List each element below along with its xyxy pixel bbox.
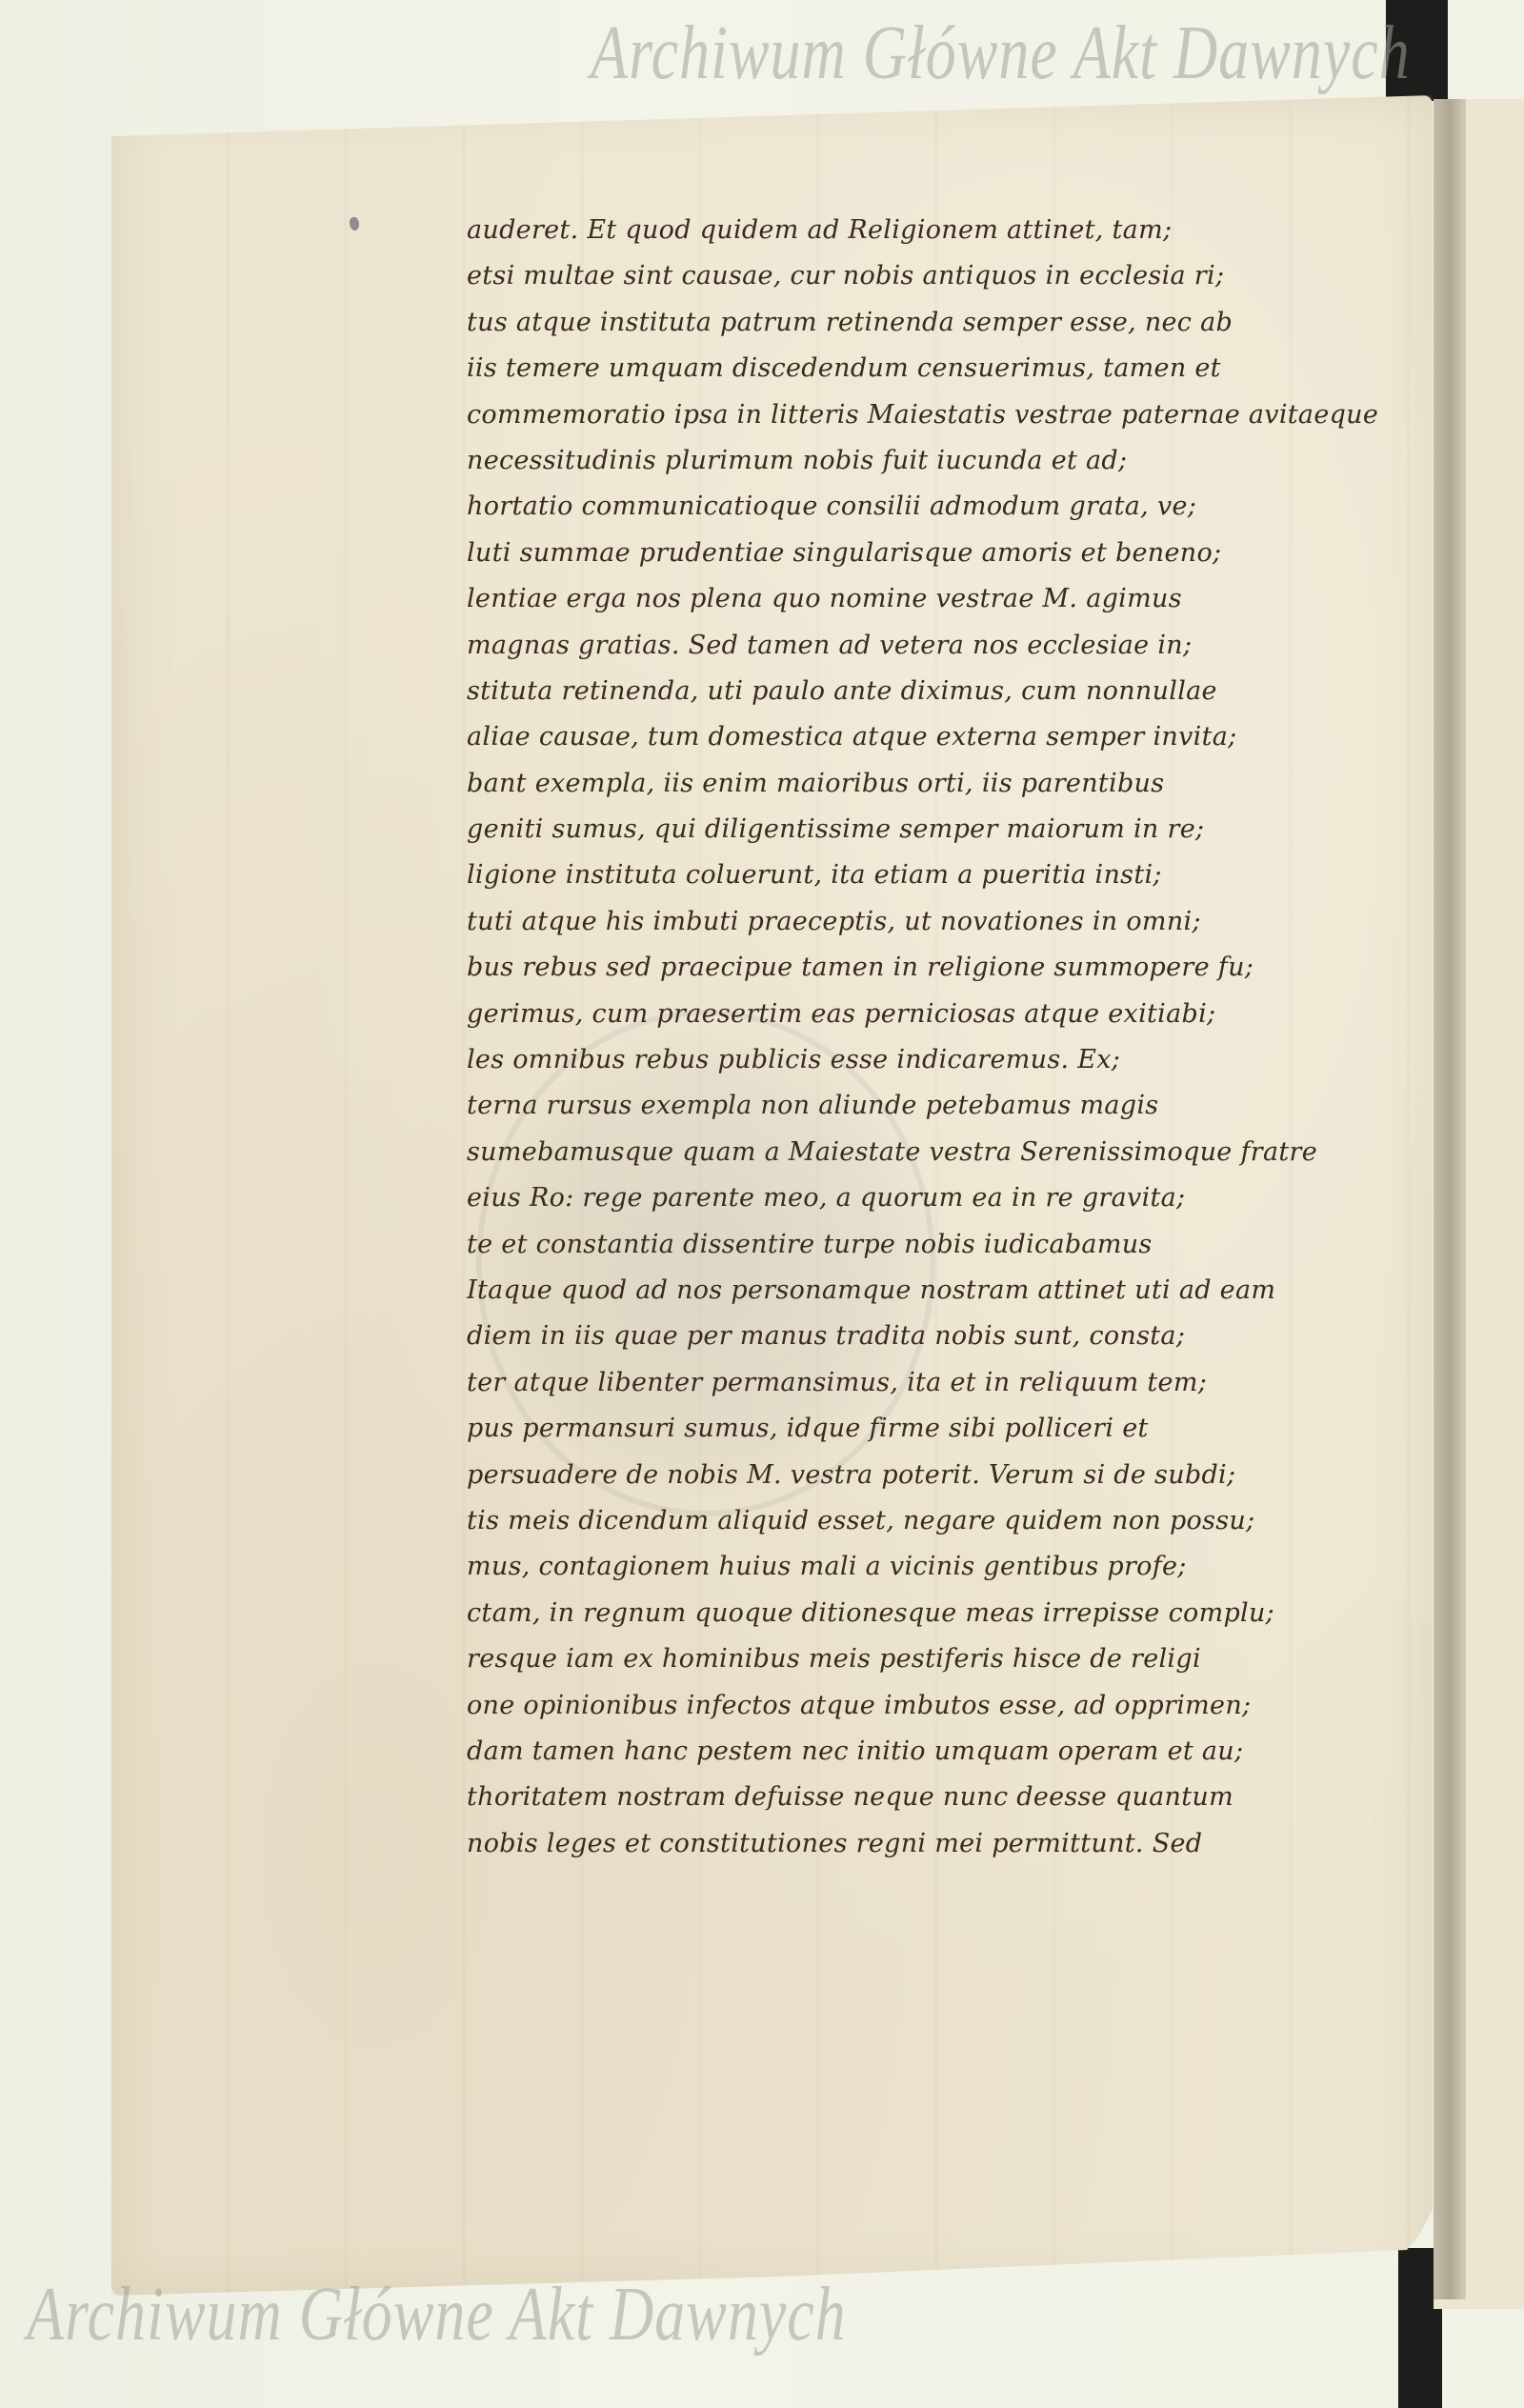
text-line: one opinionibus infectos atque imbutos e…	[467, 1683, 1353, 1729]
text-line: te et constantia dissentire turpe nobis …	[467, 1222, 1353, 1268]
text-line: necessitudinis plurimum nobis fuit iucun…	[467, 438, 1353, 484]
text-line: aliae causae, tum domestica atque extern…	[467, 714, 1353, 760]
ink-blot	[350, 217, 359, 231]
text-line: bant exempla, iis enim maioribus orti, i…	[467, 761, 1353, 807]
text-line: terna rursus exempla non aliunde petebam…	[467, 1083, 1353, 1129]
text-line: mus, contagionem huius mali a vicinis ge…	[467, 1544, 1353, 1590]
text-line: iis temere umquam discedendum censuerimu…	[467, 346, 1353, 391]
text-line: tuti atque his imbuti praeceptis, ut nov…	[467, 899, 1353, 945]
text-line: gerimus, cum praesertim eas perniciosas …	[467, 992, 1353, 1037]
text-line: ligione instituta coluerunt, ita etiam a…	[467, 853, 1353, 898]
text-line: luti summae prudentiae singularisque amo…	[467, 531, 1353, 576]
text-line: dam tamen hanc pestem nec initio umquam …	[467, 1729, 1353, 1775]
text-line: diem in iis quae per manus tradita nobis…	[467, 1314, 1353, 1359]
text-line: pus permansuri sumus, idque firme sibi p…	[467, 1406, 1353, 1452]
text-line: tus atque instituta patrum retinenda sem…	[467, 300, 1353, 346]
manuscript-text: auderet. Et quod quidem ad Religionem at…	[467, 208, 1353, 1867]
gutter-shadow	[1434, 99, 1466, 2299]
text-line: tis meis dicendum aliquid esset, negare …	[467, 1498, 1353, 1544]
text-line: magnas gratias. Sed tamen ad vetera nos …	[467, 623, 1353, 669]
text-line: etsi multae sint causae, cur nobis antiq…	[467, 253, 1353, 299]
text-line: geniti sumus, qui diligentissime semper …	[467, 807, 1353, 853]
text-line: ter atque libenter permansimus, ita et i…	[467, 1360, 1353, 1406]
text-line: resque iam ex hominibus meis pestiferis …	[467, 1636, 1353, 1682]
text-line: lentiae erga nos plena quo nomine vestra…	[467, 576, 1353, 622]
text-line: ctam, in regnum quoque ditionesque meas …	[467, 1591, 1353, 1636]
watermark-bottom: Archiwum Główne Akt Dawnych	[27, 2271, 847, 2359]
watermark-top: Archiwum Główne Akt Dawnych	[591, 10, 1411, 98]
text-line: commemoratio ipsa in litteris Maiestatis…	[467, 392, 1353, 438]
text-line: thoritatem nostram defuisse neque nunc d…	[467, 1775, 1353, 1820]
text-line: eius Ro: rege parente meo, a quorum ea i…	[467, 1175, 1353, 1221]
text-line: stituta retinenda, uti paulo ante diximu…	[467, 669, 1353, 714]
text-line: les omnibus rebus publicis esse indicare…	[467, 1037, 1353, 1083]
text-line: auderet. Et quod quidem ad Religionem at…	[467, 208, 1353, 253]
text-line: sumebamusque quam a Maiestate vestra Ser…	[467, 1130, 1353, 1175]
text-line: bus rebus sed praecipue tamen in religio…	[467, 945, 1353, 991]
text-line: persuadere de nobis M. vestra poterit. V…	[467, 1453, 1353, 1498]
text-line: Itaque quod ad nos personamque nostram a…	[467, 1268, 1353, 1314]
text-line: hortatio communicatioque consilii admodu…	[467, 484, 1353, 530]
text-line: nobis leges et constitutiones regni mei …	[467, 1821, 1353, 1867]
